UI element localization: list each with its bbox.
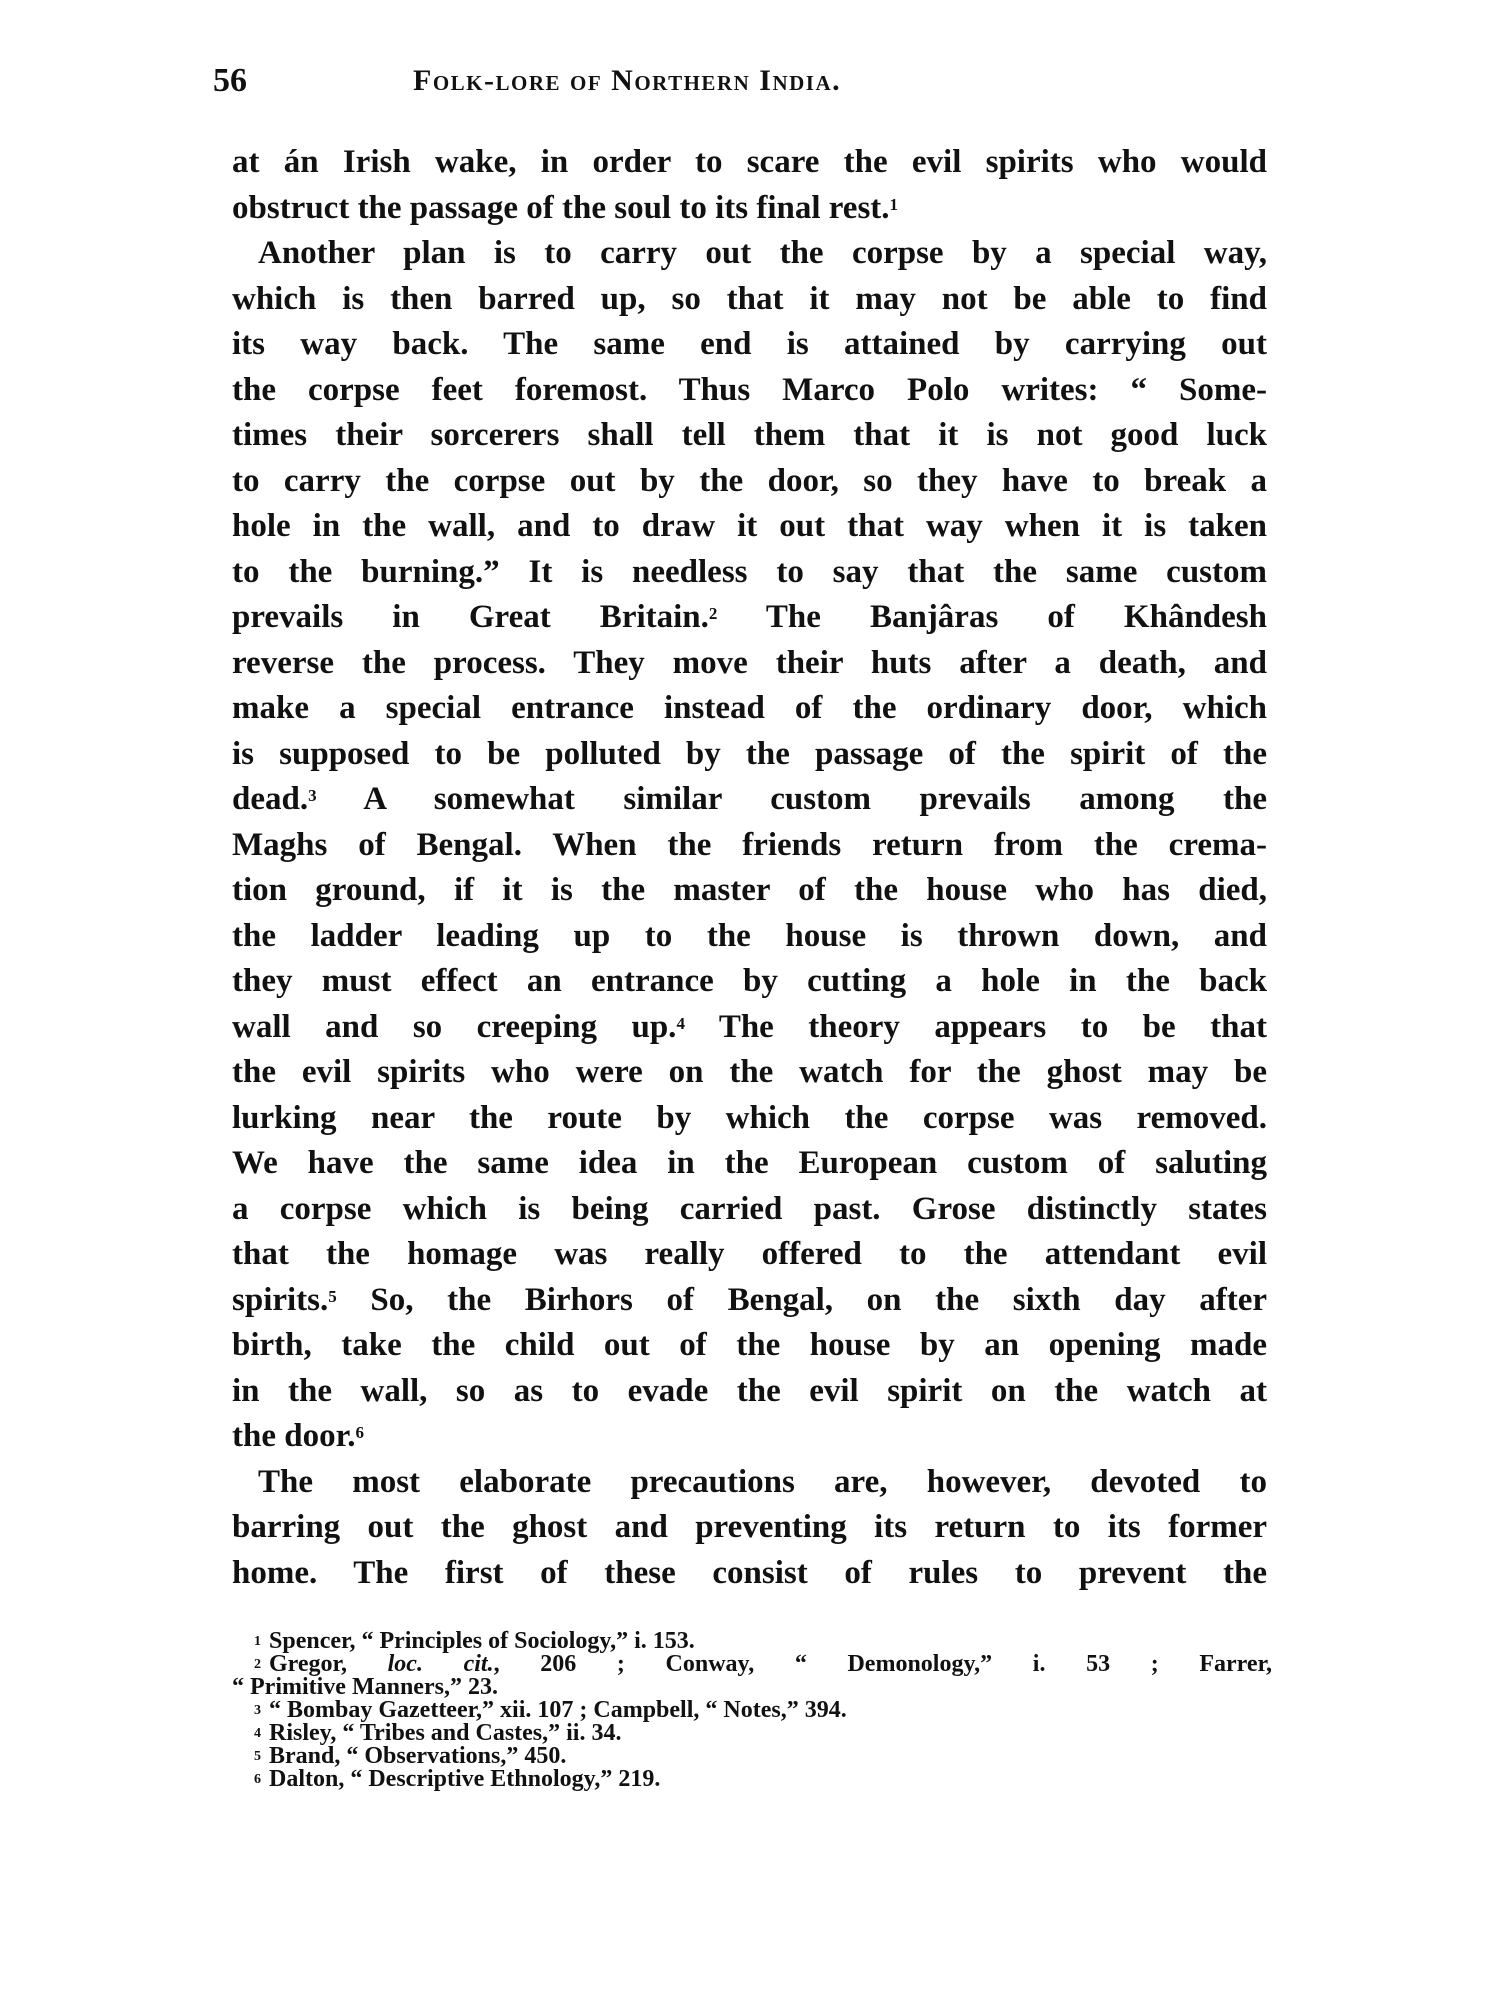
text-line: the door.6	[232, 1414, 1267, 1460]
text-line: Another plan is to carry out the corpse …	[232, 231, 1267, 277]
line-text: A somewhat similar custom prevails among…	[317, 781, 1267, 817]
text-line: a corpse which is being carried past. Gr…	[232, 1187, 1267, 1233]
footnote-ref: 5	[328, 1287, 337, 1306]
line-text: the door.	[232, 1418, 355, 1454]
text-line: lurking near the route by which the corp…	[232, 1096, 1267, 1142]
text-line: hole in the wall, and to draw it out tha…	[232, 504, 1267, 550]
line-text: wall and so creeping up.	[232, 1009, 676, 1045]
footnote-ref: 1	[890, 195, 899, 214]
footnote: 3“ Bombay Gazetteer,” xii. 107 ; Campbel…	[232, 1699, 1272, 1722]
line-text: prevails in Great Britain.	[232, 599, 709, 635]
footnote: 5Brand, “ Observations,” 450.	[232, 1745, 1272, 1768]
running-title: Folk-lore of Northern India.	[413, 64, 841, 98]
text-line: its way back. The same end is attained b…	[232, 322, 1267, 368]
text-line: the corpse feet foremost. Thus Marco Pol…	[232, 368, 1267, 414]
page-header: 56 Folk-lore of Northern India.	[213, 62, 1268, 106]
line-text: obstruct the passage of the soul to its …	[232, 190, 890, 226]
line-text: So, the Birhors of Bengal, on the sixth …	[337, 1282, 1267, 1318]
text-line: wall and so creeping up.4 The theory app…	[232, 1005, 1267, 1051]
text-line: which is then barred up, so that it may …	[232, 277, 1267, 323]
footnote-ref: 6	[355, 1423, 364, 1442]
line-text: The Banjâras of Khândesh	[717, 599, 1267, 635]
footnote-ref: 4	[676, 1014, 685, 1033]
text-line: We have the same idea in the European cu…	[232, 1141, 1267, 1187]
text-line: prevails in Great Britain.2 The Banjâras…	[232, 595, 1267, 641]
text-line: the evil spirits who were on the watch f…	[232, 1050, 1267, 1096]
body-text: at án Irish wake, in order to scare the…	[232, 140, 1267, 1596]
text-line: tion ground, if it is the master of the …	[232, 868, 1267, 914]
footnote: 4Risley, “ Tribes and Castes,” ii. 34.	[232, 1722, 1272, 1745]
text-line: times their sorcerers shall tell them th…	[232, 413, 1267, 459]
page-number: 56	[213, 62, 247, 100]
text-line: make a special entrance instead of the o…	[232, 686, 1267, 732]
footnote-ref: 3	[308, 786, 317, 805]
text-line: Maghs of Bengal. When the friends return…	[232, 823, 1267, 869]
line-text: The theory appears to be that	[685, 1009, 1267, 1045]
text-line: spirits.5 So, the Birhors of Bengal, on …	[232, 1278, 1267, 1324]
line-text: dead.	[232, 781, 308, 817]
footnote-mark: 2	[254, 1657, 261, 1672]
text-line: at án Irish wake, in order to scare the…	[232, 140, 1267, 186]
text-line: in the wall, so as to evade the evil spi…	[232, 1369, 1267, 1415]
text-line: dead.3 A somewhat similar custom prevail…	[232, 777, 1267, 823]
text-line: barring out the ghost and preventing its…	[232, 1505, 1267, 1551]
line-text: spirits.	[232, 1282, 328, 1318]
footnote-text: Dalton, “ Descriptive Ethnology,” 219.	[269, 1766, 660, 1792]
footnote-mark: 4	[254, 1726, 261, 1741]
footnote-continuation: “ Primitive Manners,” 23.	[232, 1676, 1272, 1699]
text-line: is supposed to be polluted by the passag…	[232, 732, 1267, 778]
text-line: reverse the process. They move their hut…	[232, 641, 1267, 687]
text-line: The most elaborate precautions are, howe…	[232, 1460, 1267, 1506]
text-line: birth, take the child out of the house b…	[232, 1323, 1267, 1369]
footnote-mark: 3	[254, 1703, 261, 1718]
footnote-mark: 5	[254, 1749, 261, 1764]
footnote-text: , 206 ; Conway, “ Demonology,” i. 53 ; F…	[494, 1651, 1272, 1677]
text-line: that the homage was really offered to th…	[232, 1232, 1267, 1278]
text-line: to carry the corpse out by the door, so …	[232, 459, 1267, 505]
footnote-ref: 2	[709, 604, 718, 623]
text-line: the ladder leading up to the house is th…	[232, 914, 1267, 960]
book-page: 56 Folk-lore of Northern India. at án I…	[0, 0, 1500, 2000]
text-line: home. The first of these consist of rule…	[232, 1551, 1267, 1597]
footnotes: 1Spencer, “ Principles of Sociology,” i.…	[232, 1630, 1272, 1791]
footnote: 2Gregor, loc. cit., 206 ; Conway, “ Demo…	[232, 1653, 1272, 1676]
footnote-mark: 1	[254, 1634, 261, 1649]
text-line: they must effect an entrance by cutting …	[232, 959, 1267, 1005]
text-line: obstruct the passage of the soul to its …	[232, 186, 1267, 232]
footnote-mark: 6	[254, 1772, 261, 1787]
footnote: 1Spencer, “ Principles of Sociology,” i.…	[232, 1630, 1272, 1653]
text-line: to the burning.” It is needless to say t…	[232, 550, 1267, 596]
footnote: 6Dalton, “ Descriptive Ethnology,” 219.	[232, 1768, 1272, 1791]
